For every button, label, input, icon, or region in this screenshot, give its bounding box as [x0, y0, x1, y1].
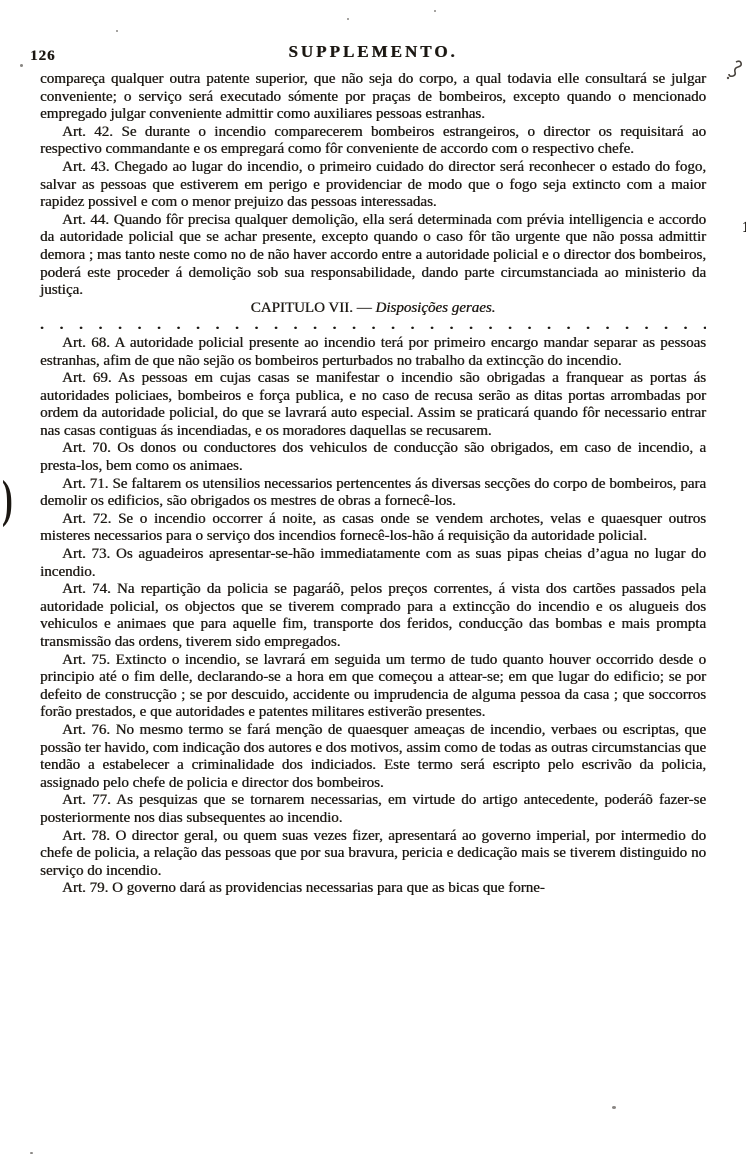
edge-bleed-digit: 1	[742, 219, 746, 237]
article-77-label: Art. 77.	[62, 792, 111, 808]
chapter-title: Disposições geraes.	[375, 300, 495, 316]
article-75-text: Extincto o incendio, se lavrará em segui…	[40, 652, 706, 721]
article-68-text: A autoridade policial presente ao incend…	[40, 335, 706, 369]
article-70-label: Art. 70.	[62, 440, 111, 456]
article-72-text: Se o incendio occorrer á noite, as casas…	[40, 511, 706, 545]
article-73-text: Os aguadeiros apresentar-se-hão immediat…	[40, 546, 706, 580]
paper-speck	[612, 1106, 616, 1109]
article-77-text: As pesquizas que se tornarem necessarias…	[40, 792, 706, 826]
article-43: Art. 43. Chegado ao lugar do incendio, o…	[40, 159, 706, 212]
article-78-label: Art. 78.	[62, 828, 110, 844]
article-74: Art. 74. Na repartição da policia se pag…	[40, 581, 706, 651]
article-77: Art. 77. As pesquizas que se tornarem ne…	[40, 792, 706, 827]
paper-speck	[260, 392, 262, 394]
article-71-label: Art. 71.	[62, 476, 108, 492]
article-44-text: Quando fôr precisa qualquer demolição, e…	[40, 212, 706, 298]
paper-speck	[30, 1152, 33, 1154]
article-75: Art. 75. Extincto o incendio, se lavrará…	[40, 652, 706, 722]
chapter-heading: CAPITULO VII. — Disposições geraes.	[40, 300, 706, 318]
chapter-label: CAPITULO VII.	[251, 300, 353, 316]
paper-speck	[116, 30, 118, 32]
article-42-text: Se durante o incendio comparecerem bombe…	[40, 124, 706, 158]
article-71-text: Se faltarem os utensilios necessarios pe…	[40, 476, 706, 510]
article-79-label: Art. 79.	[62, 880, 108, 896]
article-43-text: Chegado ao lugar do incendio, o primeiro…	[40, 159, 706, 210]
article-44-label: Art. 44.	[62, 212, 109, 228]
paper-speck	[347, 18, 349, 20]
article-72-label: Art. 72.	[62, 511, 111, 527]
article-73: Art. 73. Os aguadeiros apresentar-se-hão…	[40, 546, 706, 581]
paragraph-continuation: compareça qualquer outra patente superio…	[40, 71, 706, 124]
article-69-label: Art. 69.	[62, 370, 112, 386]
article-43-label: Art. 43.	[62, 159, 109, 175]
article-44: Art. 44. Quando fôr precisa qualquer dem…	[40, 212, 706, 300]
scanned-book-page: 126 SUPPLEMENTO. compareça qualquer outr…	[0, 0, 746, 1163]
article-76-label: Art. 76.	[62, 722, 110, 738]
article-71: Art. 71. Se faltarem os utensilios neces…	[40, 476, 706, 511]
article-70-text: Os donos ou conductores dos vehiculos de…	[40, 440, 706, 474]
article-78-text: O director geral, ou quem suas vezes fiz…	[40, 828, 706, 879]
article-74-text: Na repartição da policia se pagaráõ, pel…	[40, 581, 706, 650]
article-75-label: Art. 75.	[62, 652, 110, 668]
article-68-label: Art. 68.	[62, 335, 110, 351]
running-header: 126 SUPPLEMENTO.	[0, 42, 746, 66]
ellipsis-dotted-line: . . . . . . . . . . . . . . . . . . . . …	[40, 317, 706, 335]
article-42: Art. 42. Se durante o incendio comparece…	[40, 124, 706, 159]
article-68: Art. 68. A autoridade policial presente …	[40, 335, 706, 370]
ink-smudge	[722, 58, 744, 84]
article-42-label: Art. 42.	[62, 124, 113, 140]
paper-speck	[20, 64, 23, 67]
article-74-label: Art. 74.	[62, 581, 111, 597]
article-69: Art. 69. As pessoas em cujas casas se ma…	[40, 370, 706, 440]
article-79: Art. 79. O governo dará as providencias …	[40, 880, 706, 898]
article-72: Art. 72. Se o incendio occorrer á noite,…	[40, 511, 706, 546]
article-79-text: O governo dará as providencias necessari…	[112, 880, 545, 896]
article-73-label: Art. 73.	[62, 546, 110, 562]
article-69-text: As pessoas em cujas casas se manifestar …	[40, 370, 706, 439]
paper-speck	[434, 10, 436, 12]
article-76: Art. 76. No mesmo termo se fará menção d…	[40, 722, 706, 792]
ink-bracket-mark: )	[2, 474, 13, 526]
article-78: Art. 78. O director geral, ou quem suas …	[40, 828, 706, 881]
article-70: Art. 70. Os donos ou conductores dos veh…	[40, 440, 706, 475]
running-title: SUPPLEMENTO.	[0, 42, 746, 62]
chapter-dash: —	[357, 300, 372, 316]
text-column: compareça qualquer outra patente superio…	[40, 71, 706, 898]
article-76-text: No mesmo termo se fará menção de quaesqu…	[40, 722, 706, 791]
